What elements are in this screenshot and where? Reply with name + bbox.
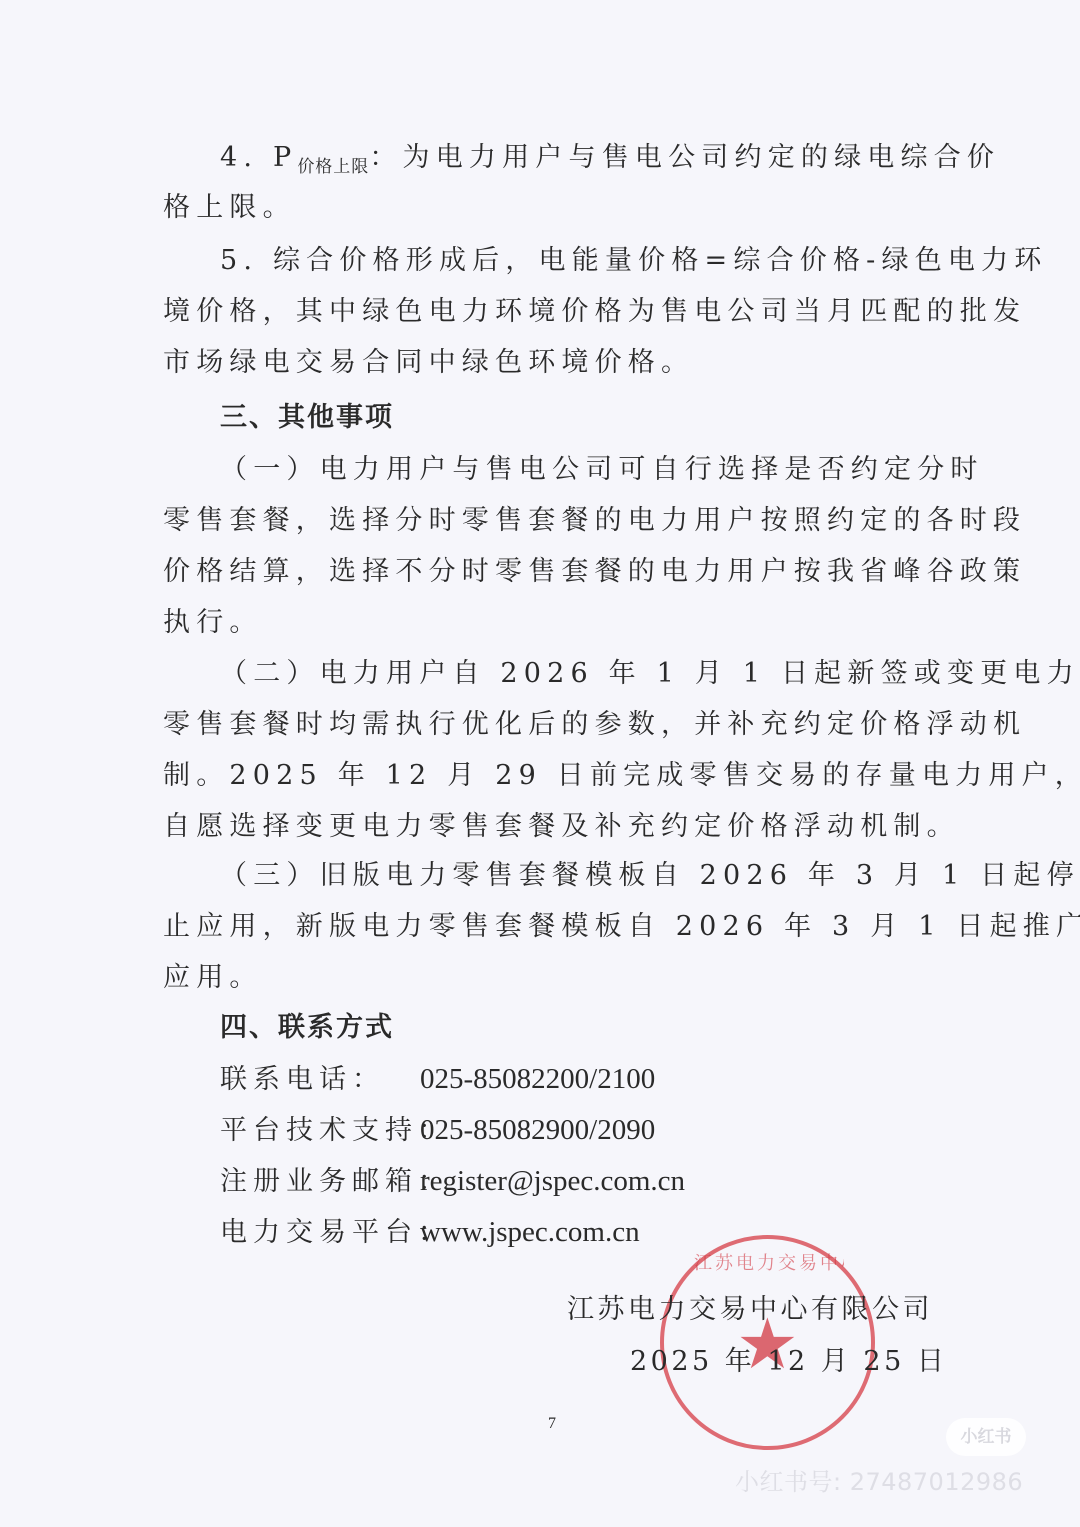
item-4-line-1: 4. P价格上限：为电力用户与售电公司约定的绿电综合价 xyxy=(220,140,908,185)
signature-date: 2025 年 12 月 25 日 xyxy=(630,1344,947,1380)
section-3-para-3-line-3: 应用。 xyxy=(163,960,908,996)
item-4-text: ：为电力用户与售电公司约定的绿电综合价 xyxy=(369,142,1000,173)
price-cap-subscript: 价格上限 xyxy=(297,157,369,177)
item-5-line-1: 5. 综合价格形成后，电能量价格=综合价格-绿色电力环 xyxy=(220,243,908,279)
section-3-para-1-line-2: 零售套餐，选择分时零售套餐的电力用户按照约定的各时段 xyxy=(163,503,908,539)
contact-tech-support: 平台技术支持：025-85082900/2090 xyxy=(220,1112,655,1149)
section-3-para-3-line-2: 止应用，新版电力零售套餐模板自 2026 年 3 月 1 日起推广 xyxy=(163,909,908,945)
item-4-prefix: 4. P xyxy=(220,142,297,173)
section-4-heading: 四、联系方式 xyxy=(220,1010,908,1046)
page-number: 7 xyxy=(548,1415,556,1433)
signature-organization: 江苏电力交易中心有限公司 xyxy=(567,1292,933,1328)
contact-phone-label: 联系电话： xyxy=(220,1062,420,1098)
contact-phone: 联系电话：025-85082200/2100 xyxy=(220,1061,655,1098)
contact-platform-label: 电力交易平台： xyxy=(220,1215,420,1251)
document-page: 4. P价格上限：为电力用户与售电公司约定的绿电综合价 格上限。 5. 综合价格… xyxy=(0,0,1080,1527)
section-3-para-1-line-4: 执行。 xyxy=(163,605,908,641)
contact-email-link[interactable]: register@jspec.com.cn xyxy=(420,1165,685,1197)
section-3-para-1-line-1: （一）电力用户与售电公司可自行选择是否约定分时 xyxy=(220,452,908,488)
xiaohongshu-logo-badge: 小红书 xyxy=(946,1418,1026,1456)
contact-platform-link[interactable]: www.jspec.com.cn xyxy=(420,1216,640,1248)
contact-platform: 电力交易平台：www.jspec.com.cn xyxy=(220,1214,640,1251)
section-3-para-2-line-4: 自愿选择变更电力零售套餐及补充约定价格浮动机制。 xyxy=(163,809,908,845)
official-seal: 江苏电力交易中心有限公司 ★ xyxy=(660,1235,875,1450)
contact-email-label: 注册业务邮箱： xyxy=(220,1164,420,1200)
section-3-para-2-line-3: 制。2025 年 12 月 29 日前完成零售交易的存量电力用户，可 xyxy=(163,758,908,794)
item-5-line-3: 市场绿电交易合同中绿色环境价格。 xyxy=(163,345,908,381)
section-3-para-2-line-1: （二）电力用户自 2026 年 1 月 1 日起新签或变更电力 xyxy=(220,656,908,692)
item-5-line-2: 境价格，其中绿色电力环境价格为售电公司当月匹配的批发 xyxy=(163,294,908,330)
contact-email: 注册业务邮箱：register@jspec.com.cn xyxy=(220,1163,685,1200)
contact-tech-support-label: 平台技术支持： xyxy=(220,1113,420,1149)
section-3-heading: 三、其他事项 xyxy=(220,400,908,436)
seal-text: 江苏电力交易中心有限公司 xyxy=(694,1249,844,1275)
contact-tech-support-value: 025-85082900/2090 xyxy=(420,1114,655,1146)
section-3-para-2-line-2: 零售套餐时均需执行优化后的参数，并补充约定价格浮动机 xyxy=(163,707,908,743)
item-4-line-2: 格上限。 xyxy=(163,190,908,226)
watermark-account-id: 小红书号: 27487012986 xyxy=(735,1462,1023,1497)
contact-phone-value: 025-85082200/2100 xyxy=(420,1063,655,1095)
section-3-para-1-line-3: 价格结算，选择不分时零售套餐的电力用户按我省峰谷政策 xyxy=(163,554,908,590)
section-3-para-3-line-1: （三）旧版电力零售套餐模板自 2026 年 3 月 1 日起停 xyxy=(220,858,908,894)
